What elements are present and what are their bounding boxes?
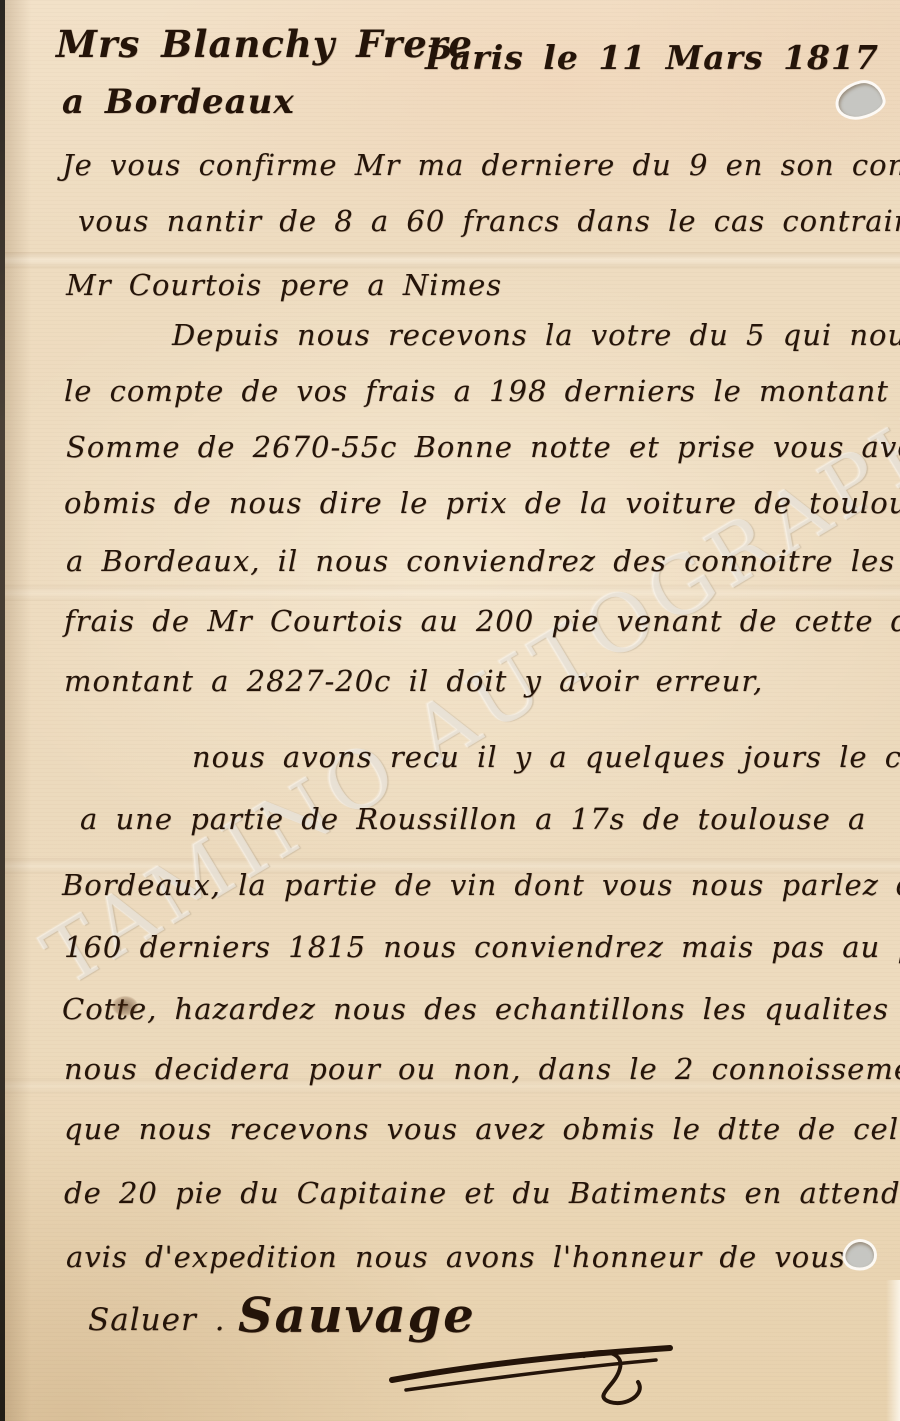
body-line: a une partie de Roussillon a 17s de toul… [80, 802, 866, 836]
body-line: frais de Mr Courtois au 200 pie venant d… [64, 604, 900, 638]
signature-flourish [388, 1338, 678, 1408]
body-line: vous nantir de 8 a 60 francs dans le cas… [78, 204, 900, 238]
body-line: nous avons recu il y a quelques jours le… [192, 740, 900, 774]
body-line: le compte de vos frais a 198 derniers le… [64, 374, 900, 408]
recipient-line: a Bordeaux [62, 82, 295, 122]
letter-scan-page: TAMINO AUTOGRAPHS Mrs Blanchy Frere a Bo… [0, 0, 900, 1421]
body-line: Bordeaux, la partie de vin dont vous nou… [62, 868, 900, 902]
paper-crease [0, 252, 900, 268]
scan-edge-right [886, 1280, 900, 1421]
paper-crease [0, 585, 900, 601]
recipient-line: Mrs Blanchy Frere [56, 22, 473, 66]
body-line: Je vous confirme Mr ma derniere du 9 en … [62, 148, 900, 182]
body-line: de 20 pie du Capitaine et du Batiments e… [64, 1176, 900, 1210]
paper-hole [843, 1238, 878, 1271]
paper-hole [835, 80, 885, 120]
dateline: Paris le 11 Mars 1817 [425, 38, 879, 77]
body-line: obmis de nous dire le prix de la voiture… [64, 486, 900, 520]
closing-salutation: Saluer . [88, 1302, 225, 1338]
signature: Sauvage [238, 1288, 476, 1344]
body-line: Cotte, hazardez nous des echantillons le… [62, 992, 889, 1026]
body-line: montant a 2827-20c il doit y avoir erreu… [64, 664, 763, 698]
body-line: Mr Courtois pere a Nimes [66, 268, 502, 302]
body-line: avis d'expedition nous avons l'honneur d… [66, 1240, 846, 1274]
body-line: a Bordeaux, il nous conviendrez des conn… [66, 544, 895, 578]
body-line: que nous recevons vous avez obmis le dtt… [64, 1112, 900, 1146]
body-line: nous decidera pour ou non, dans le 2 con… [64, 1052, 900, 1086]
scan-edge-shadow [5, 0, 31, 1421]
ink-stain [112, 996, 138, 1016]
body-line: Depuis nous recevons la votre du 5 qui n… [172, 318, 900, 352]
body-line: 160 derniers 1815 nous conviendrez mais … [64, 930, 900, 964]
body-line: Somme de 2670-55c Bonne notte et prise v… [66, 430, 900, 464]
